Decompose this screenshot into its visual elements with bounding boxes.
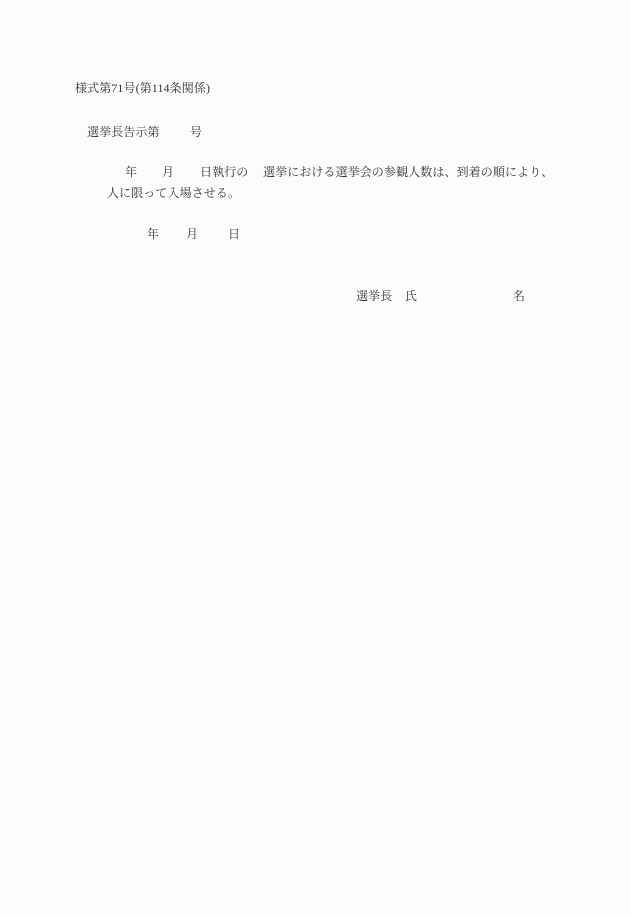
body-day-exec-label: 日執行の: [200, 166, 248, 178]
date-day-label: 日: [228, 228, 240, 240]
notice-number-prefix: 選挙長告示第: [87, 126, 160, 138]
body-text-line2: 人に限って入場させる。: [107, 187, 240, 199]
date-year-label: 年: [147, 228, 159, 240]
body-month-label: 月: [162, 166, 174, 178]
notice-number-suffix: 号: [190, 126, 202, 138]
signature-title: 選挙長: [356, 290, 392, 302]
signature-family-name-label: 氏: [405, 290, 417, 302]
document-page: 様式第71号(第114条関係) 選挙長告示第 号 年 月 日執行の 選挙における…: [0, 0, 630, 915]
body-text-line1: 選挙における選挙会の参観人数は、到着の順により、: [263, 166, 553, 178]
signature-given-name-label: 名: [513, 290, 525, 302]
date-month-label: 月: [186, 228, 198, 240]
body-year-label: 年: [125, 166, 137, 178]
form-number-heading: 様式第71号(第114条関係): [75, 82, 210, 94]
